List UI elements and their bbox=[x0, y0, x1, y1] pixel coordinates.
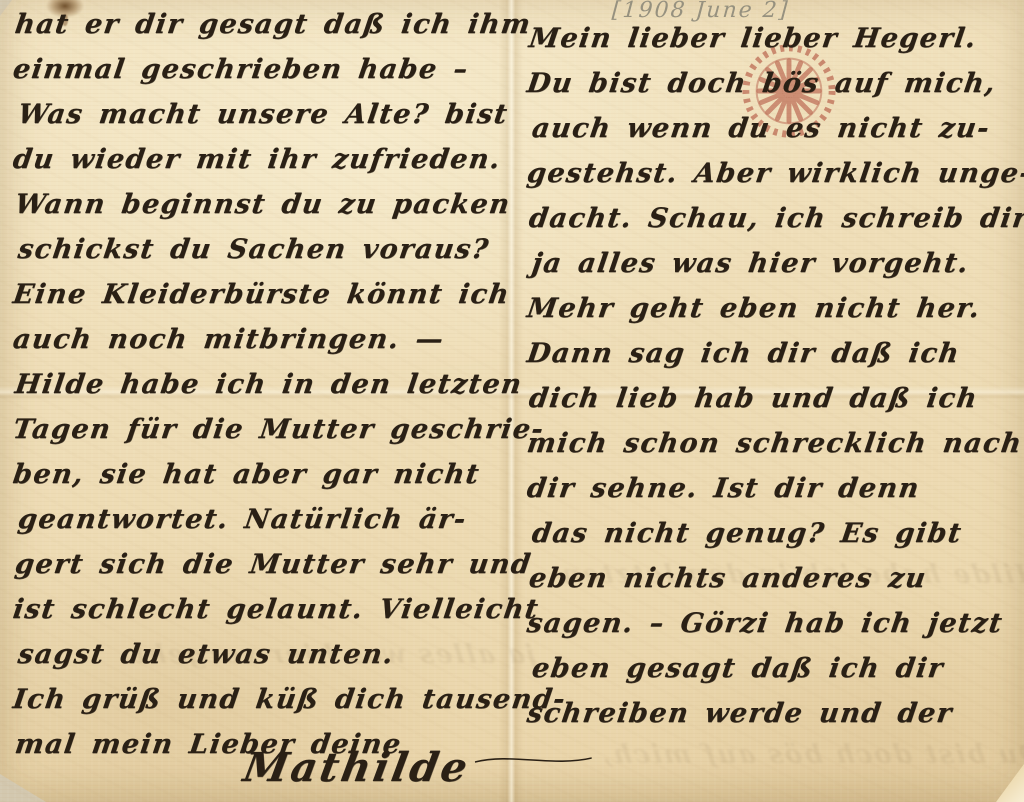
handwriting-line: gert sich die Mutter sehr und bbox=[12, 542, 508, 587]
handwriting-line: das nicht genug? Es gibt bbox=[529, 511, 1024, 556]
handwriting-line: schickst du Sachen voraus? bbox=[15, 227, 508, 272]
handwriting-line: auch wenn du es nicht zu- bbox=[529, 106, 1024, 151]
handwriting-line: Eine Kleiderbürste könnt ich bbox=[10, 272, 508, 317]
handwriting-line: ist schlecht gelaunt. Vielleicht bbox=[10, 587, 508, 632]
handwriting-line: dich lieb hab und daß ich bbox=[526, 376, 1024, 421]
handwriting-line: ja alles was hier vorgeht. bbox=[529, 241, 1024, 286]
handwriting-line: eben nichts anderes zu bbox=[526, 556, 1024, 601]
handwriting-line: du wieder mit ihr zufrieden. bbox=[10, 137, 508, 182]
handwriting-line: schreiben werde und der bbox=[524, 691, 1024, 736]
handwriting-line: gestehst. Aber wirklich unge- bbox=[524, 151, 1024, 196]
handwriting-line: Dann sag ich dir daß ich bbox=[524, 331, 1024, 376]
letter-scan: [1908 June 2] hat er dir gesagt daß ich … bbox=[0, 0, 1024, 802]
handwriting-line: Du bist doch bös auf mich, bbox=[524, 61, 1024, 106]
handwriting-line: dacht. Schau, ich schreib dir bbox=[526, 196, 1024, 241]
handwriting-line: dir sehne. Ist dir denn bbox=[524, 466, 1024, 511]
handwriting-line: sagen. – Görzi hab ich jetzt bbox=[524, 601, 1024, 646]
archivist-date-annotation: [1908 June 2] bbox=[611, 0, 790, 23]
signature-flourish bbox=[471, 751, 594, 769]
handwriting-line: mich schon schrecklich nach bbox=[524, 421, 1024, 466]
letter-page-right: Mein lieber lieber Hegerl. Du bist doch … bbox=[524, 16, 1020, 736]
letter-page-left: hat er dir gesagt daß ich ihm einmal ges… bbox=[10, 2, 502, 767]
handwriting-line: auch noch mitbringen. — bbox=[10, 317, 508, 362]
handwriting-line: geantwortet. Natürlich är- bbox=[15, 497, 508, 542]
handwriting-line: Ich grüß und küß dich tausend- bbox=[10, 677, 508, 722]
handwriting-line: Wann beginnst du zu packen bbox=[12, 182, 508, 227]
handwriting-line: Mehr geht eben nicht her. bbox=[524, 286, 1024, 331]
handwriting-line: eben gesagt daß ich dir bbox=[529, 646, 1024, 691]
signature-name: Mathilde bbox=[240, 744, 474, 791]
handwriting-line: ben, sie hat aber gar nicht bbox=[10, 452, 508, 497]
handwriting-line: Was macht unsere Alte? bist bbox=[15, 92, 508, 137]
handwriting-line: sagst du etwas unten. bbox=[15, 632, 508, 677]
handwriting-line: Tagen für die Mutter geschrie- bbox=[10, 407, 508, 452]
signature: Mathilde bbox=[240, 744, 596, 791]
handwriting-line: Hilde habe ich in den letzten bbox=[12, 362, 508, 407]
handwriting-layer: [1908 June 2] hat er dir gesagt daß ich … bbox=[0, 0, 1024, 802]
handwriting-line: einmal geschrieben habe – bbox=[10, 47, 508, 92]
bleed-through-text: Du bist doch bös auf mich, bbox=[598, 740, 1024, 770]
handwriting-line: hat er dir gesagt daß ich ihm bbox=[12, 2, 508, 47]
